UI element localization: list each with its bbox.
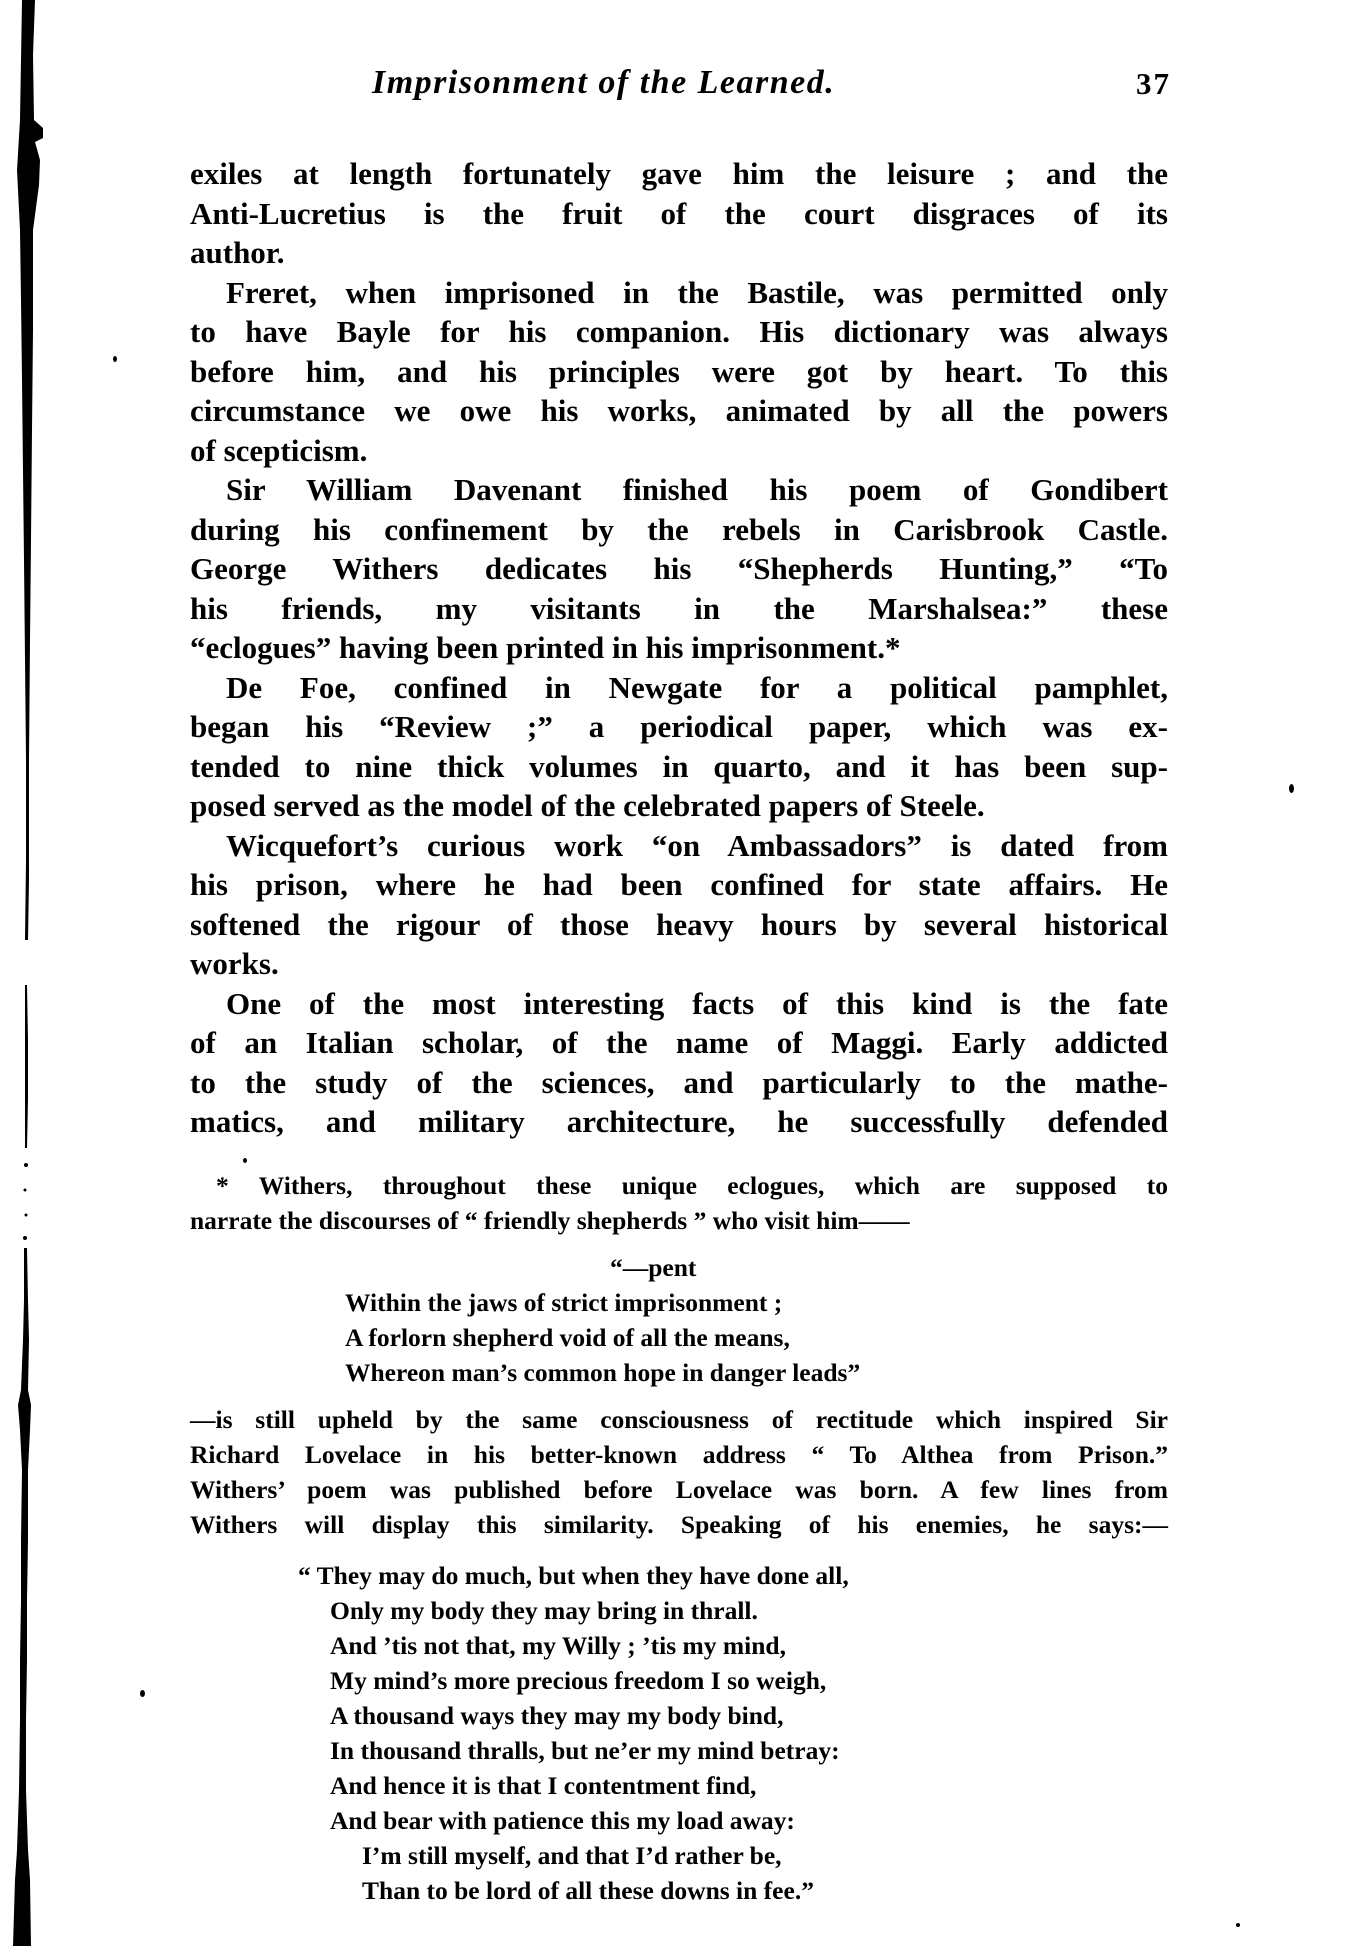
verse-line: Only my body they may bring in thrall. xyxy=(330,1593,1168,1628)
text-line: One of the most interesting facts of thi… xyxy=(190,984,1168,1024)
text-line: matics, and military architecture, he su… xyxy=(190,1102,1168,1142)
verse-line: “ They may do much, but when they have d… xyxy=(298,1558,1168,1593)
footnote-verse-1: “—pent Within the jaws of strict impriso… xyxy=(190,1250,1168,1390)
text-line: Anti-Lucretius is the fruit of the court… xyxy=(190,194,1168,234)
verse-line: Within the jaws of strict imprisonment ; xyxy=(345,1285,1168,1320)
book-page: Imprisonment of the Learned. 37 exiles a… xyxy=(0,0,1347,1946)
verse-line: And hence it is that I contentment find, xyxy=(330,1768,1168,1803)
scan-artifact-left-edge xyxy=(0,0,48,1946)
text-line: tended to nine thick volumes in quarto, … xyxy=(190,747,1168,787)
text-line: works. xyxy=(190,944,1168,984)
paragraph: Wicquefort’s curious work “on Ambassador… xyxy=(190,826,1168,984)
text-line: George Withers dedicates his “Shepherds … xyxy=(190,549,1168,589)
text-line: Freret, when imprisoned in the Bastile, … xyxy=(190,273,1168,313)
verse-line: And ’tis not that, my Willy ; ’tis my mi… xyxy=(330,1628,1168,1663)
text-line: of an Italian scholar, of the name of Ma… xyxy=(190,1023,1168,1063)
verse-line: A forlorn shepherd void of all the means… xyxy=(345,1320,1168,1355)
text-line: before him, and his principles were got … xyxy=(190,352,1168,392)
paragraph: One of the most interesting facts of thi… xyxy=(190,984,1168,1142)
verse-line: “—pent xyxy=(610,1250,1168,1285)
text-line: Sir William Davenant finished his poem o… xyxy=(190,470,1168,510)
text-line: of scepticism. xyxy=(190,431,1168,471)
text-line: Richard Lovelace in his better-known add… xyxy=(190,1437,1168,1472)
page-number: 37 xyxy=(1136,66,1171,102)
text-line: began his “Review ;” a periodical paper,… xyxy=(190,707,1168,747)
text-line: circumstance we owe his works, animated … xyxy=(190,391,1168,431)
ink-speck xyxy=(113,356,117,362)
text-line: exiles at length fortunately gave him th… xyxy=(190,154,1168,194)
paragraph: exiles at length fortunately gave him th… xyxy=(190,154,1168,273)
ink-speck xyxy=(1236,1923,1240,1927)
paragraph: De Foe, confined in Newgate for a politi… xyxy=(190,668,1168,826)
text-line: narrate the discourses of “ friendly she… xyxy=(190,1203,1168,1238)
footnote: * Withers, throughout these unique eclog… xyxy=(190,1168,1168,1920)
text-line: “eclogues” having been printed in his im… xyxy=(190,628,1168,668)
text-line: author. xyxy=(190,233,1168,273)
verse-line: A thousand ways they may my body bind, xyxy=(330,1698,1168,1733)
text-line: * Withers, throughout these unique eclog… xyxy=(190,1168,1168,1203)
footnote-paragraph: * Withers, throughout these unique eclog… xyxy=(190,1168,1168,1238)
running-header-title: Imprisonment of the Learned. xyxy=(372,64,835,102)
verse-line: Whereon man’s common hope in danger lead… xyxy=(345,1355,1168,1390)
ink-speck xyxy=(1289,784,1294,793)
text-line: his prison, where he had been confined f… xyxy=(190,865,1168,905)
ink-speck xyxy=(140,1690,145,1697)
verse-line: Than to be lord of all these downs in fe… xyxy=(362,1873,1168,1908)
verse-line: And bear with patience this my load away… xyxy=(330,1803,1168,1838)
text-line: softened the rigour of those heavy hours… xyxy=(190,905,1168,945)
text-line: —is still upheld by the same consciousne… xyxy=(190,1402,1168,1437)
text-line: Wicquefort’s curious work “on Ambassador… xyxy=(190,826,1168,866)
text-line: to have Bayle for his companion. His dic… xyxy=(190,312,1168,352)
main-text: exiles at length fortunately gave him th… xyxy=(190,154,1168,1142)
paragraph: Freret, when imprisoned in the Bastile, … xyxy=(190,273,1168,471)
text-line: Withers will display this similarity. Sp… xyxy=(190,1507,1168,1542)
text-line: De Foe, confined in Newgate for a politi… xyxy=(190,668,1168,708)
text-line: posed served as the model of the celebra… xyxy=(190,786,1168,826)
paragraph: Sir William Davenant finished his poem o… xyxy=(190,470,1168,668)
verse-line: I’m still myself, and that I’d rather be… xyxy=(362,1838,1168,1873)
verse-line: My mind’s more precious freedom I so wei… xyxy=(330,1663,1168,1698)
text-line: during his confinement by the rebels in … xyxy=(190,510,1168,550)
verse-line: In thousand thralls, but ne’er my mind b… xyxy=(330,1733,1168,1768)
text-line: Withers’ poem was published before Lovel… xyxy=(190,1472,1168,1507)
ink-speck xyxy=(243,1158,247,1163)
footnote-verse-2: “ They may do much, but when they have d… xyxy=(190,1558,1168,1908)
text-line: to the study of the sciences, and partic… xyxy=(190,1063,1168,1103)
text-line: his friends, my visitants in the Marshal… xyxy=(190,589,1168,629)
footnote-paragraph: —is still upheld by the same consciousne… xyxy=(190,1402,1168,1542)
